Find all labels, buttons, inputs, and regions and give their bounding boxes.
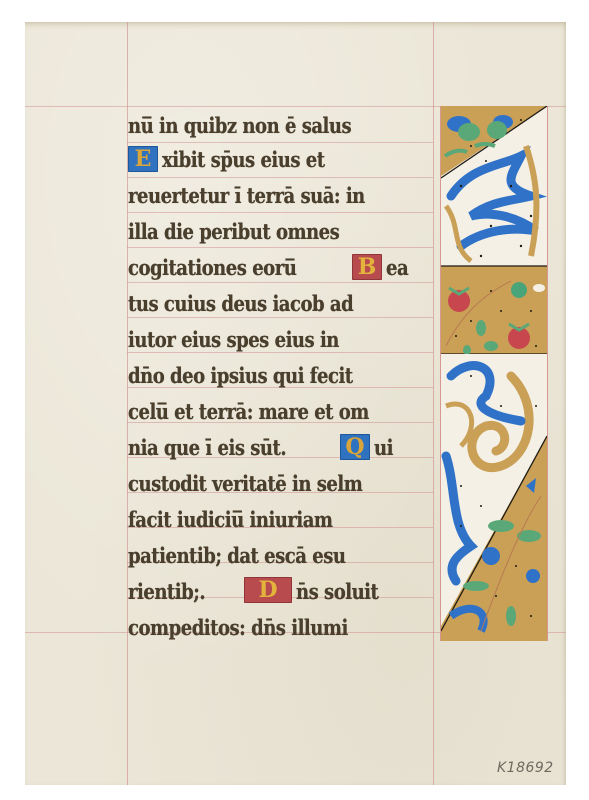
text-line-15: compeditos: dn̄s illumi — [128, 610, 348, 646]
text-line-11: custodit veritatē in selm — [128, 466, 362, 502]
acanthus-border-artwork — [441, 106, 547, 641]
ruling-right-vertical — [433, 22, 434, 785]
text-line-12: facit iudiciu̅ iniuriam — [128, 502, 333, 538]
text-line-13: patientib; dat escā esu — [128, 538, 345, 574]
text-line-5: cogitationes eoru̅ — [128, 250, 296, 286]
text-line-7: iutor eius spes eius in — [128, 322, 339, 358]
text-line-10-after: ui — [374, 430, 393, 466]
illuminated-border — [440, 106, 548, 641]
text-line-2: xibit sp̄us eius et — [162, 142, 325, 178]
text-line-3: reuertetur ī terrā suā: in — [128, 178, 365, 214]
text-line-5-after: ea — [386, 250, 408, 286]
text-line-8: dn̄o deo ipsius qui fecit — [128, 358, 353, 394]
text-line-9: celu̅ et terrā: mare et om — [128, 394, 369, 430]
text-line-1: nu̅ in quibz non ē salus — [128, 108, 351, 144]
text-line-4: illa die peribut omnes — [128, 214, 339, 250]
shelfmark-annotation: K18692 — [497, 760, 554, 776]
text-line-6: tus cuius deus iacob ad — [128, 286, 353, 322]
initial-e-blue: E — [128, 146, 158, 172]
initial-b-red: B — [352, 254, 382, 280]
initial-d-red: D — [244, 577, 292, 603]
text-line-10: nia que ī eis sūt. — [128, 430, 286, 466]
initial-q-blue: Q — [340, 434, 370, 460]
text-line-14: rientib;. — [128, 574, 205, 610]
text-line-14-after: n̄s soluit — [296, 574, 378, 610]
